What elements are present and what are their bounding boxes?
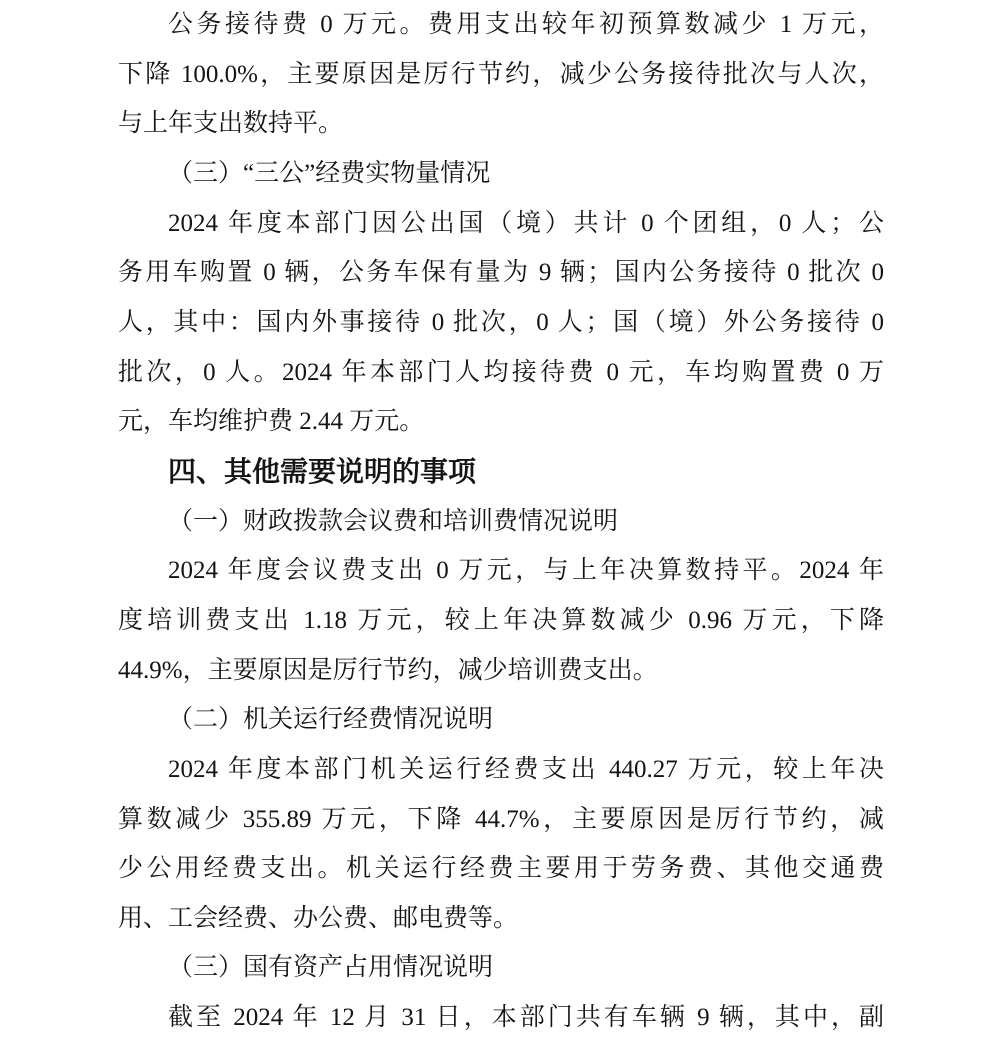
subsection-heading-line: （一）财政拨款会议费和培训费情况说明 xyxy=(118,497,884,547)
subsection-heading-line: （三）“三公”经费实物量情况 xyxy=(118,149,884,199)
body-text-line: 2024 年度本部门机关运行经费支出 440.27 万元，较上年决 xyxy=(118,745,884,795)
body-text-line: 公务接待费 0 万元。费用支出较年初预算数减少 1 万元， xyxy=(118,0,884,50)
body-text-line: 批次，0 人。2024 年本部门人均接待费 0 元，车均购置费 0 万 xyxy=(118,348,884,398)
body-text-line: 与上年支出数持平。 xyxy=(118,99,884,149)
body-text-line: 截至 2024 年 12 月 31 日，本部门共有车辆 9 辆，其中，副 xyxy=(118,993,884,1043)
body-text-line: 算数减少 355.89 万元，下降 44.7%，主要原因是厉行节约，减 xyxy=(118,795,884,845)
body-text-line: 少公用经费支出。机关运行经费主要用于劳务费、其他交通费 xyxy=(118,844,884,894)
body-text-line: 下降 100.0%，主要原因是厉行节约，减少公务接待批次与人次， xyxy=(118,50,884,100)
document-text: 公务接待费 0 万元。费用支出较年初预算数减少 1 万元，下降 100.0%，主… xyxy=(118,0,884,1043)
body-text-line: 度培训费支出 1.18 万元，较上年决算数减少 0.96 万元，下降 xyxy=(118,596,884,646)
body-text-line: 人，其中：国内外事接待 0 批次，0 人；国（境）外公务接待 0 xyxy=(118,298,884,348)
body-text-line: 2024 年度本部门因公出国（境）共计 0 个团组，0 人；公 xyxy=(118,199,884,249)
body-text-line: 务用车购置 0 辆，公务车保有量为 9 辆；国内公务接待 0 批次 0 xyxy=(118,248,884,298)
subsection-heading-line: （三）国有资产占用情况说明 xyxy=(118,943,884,993)
subsection-heading-line: （二）机关运行经费情况说明 xyxy=(118,695,884,745)
body-text-line: 2024 年度会议费支出 0 万元，与上年决算数持平。2024 年 xyxy=(118,546,884,596)
body-text-line: 44.9%，主要原因是厉行节约，减少培训费支出。 xyxy=(118,646,884,696)
body-text-line: 用、工会经费、办公费、邮电费等。 xyxy=(118,894,884,944)
body-text-line: 元，车均维护费 2.44 万元。 xyxy=(118,397,884,447)
major-heading-line: 四、其他需要说明的事项 xyxy=(118,447,884,497)
document-page: 公务接待费 0 万元。费用支出较年初预算数减少 1 万元，下降 100.0%，主… xyxy=(0,0,1000,1043)
